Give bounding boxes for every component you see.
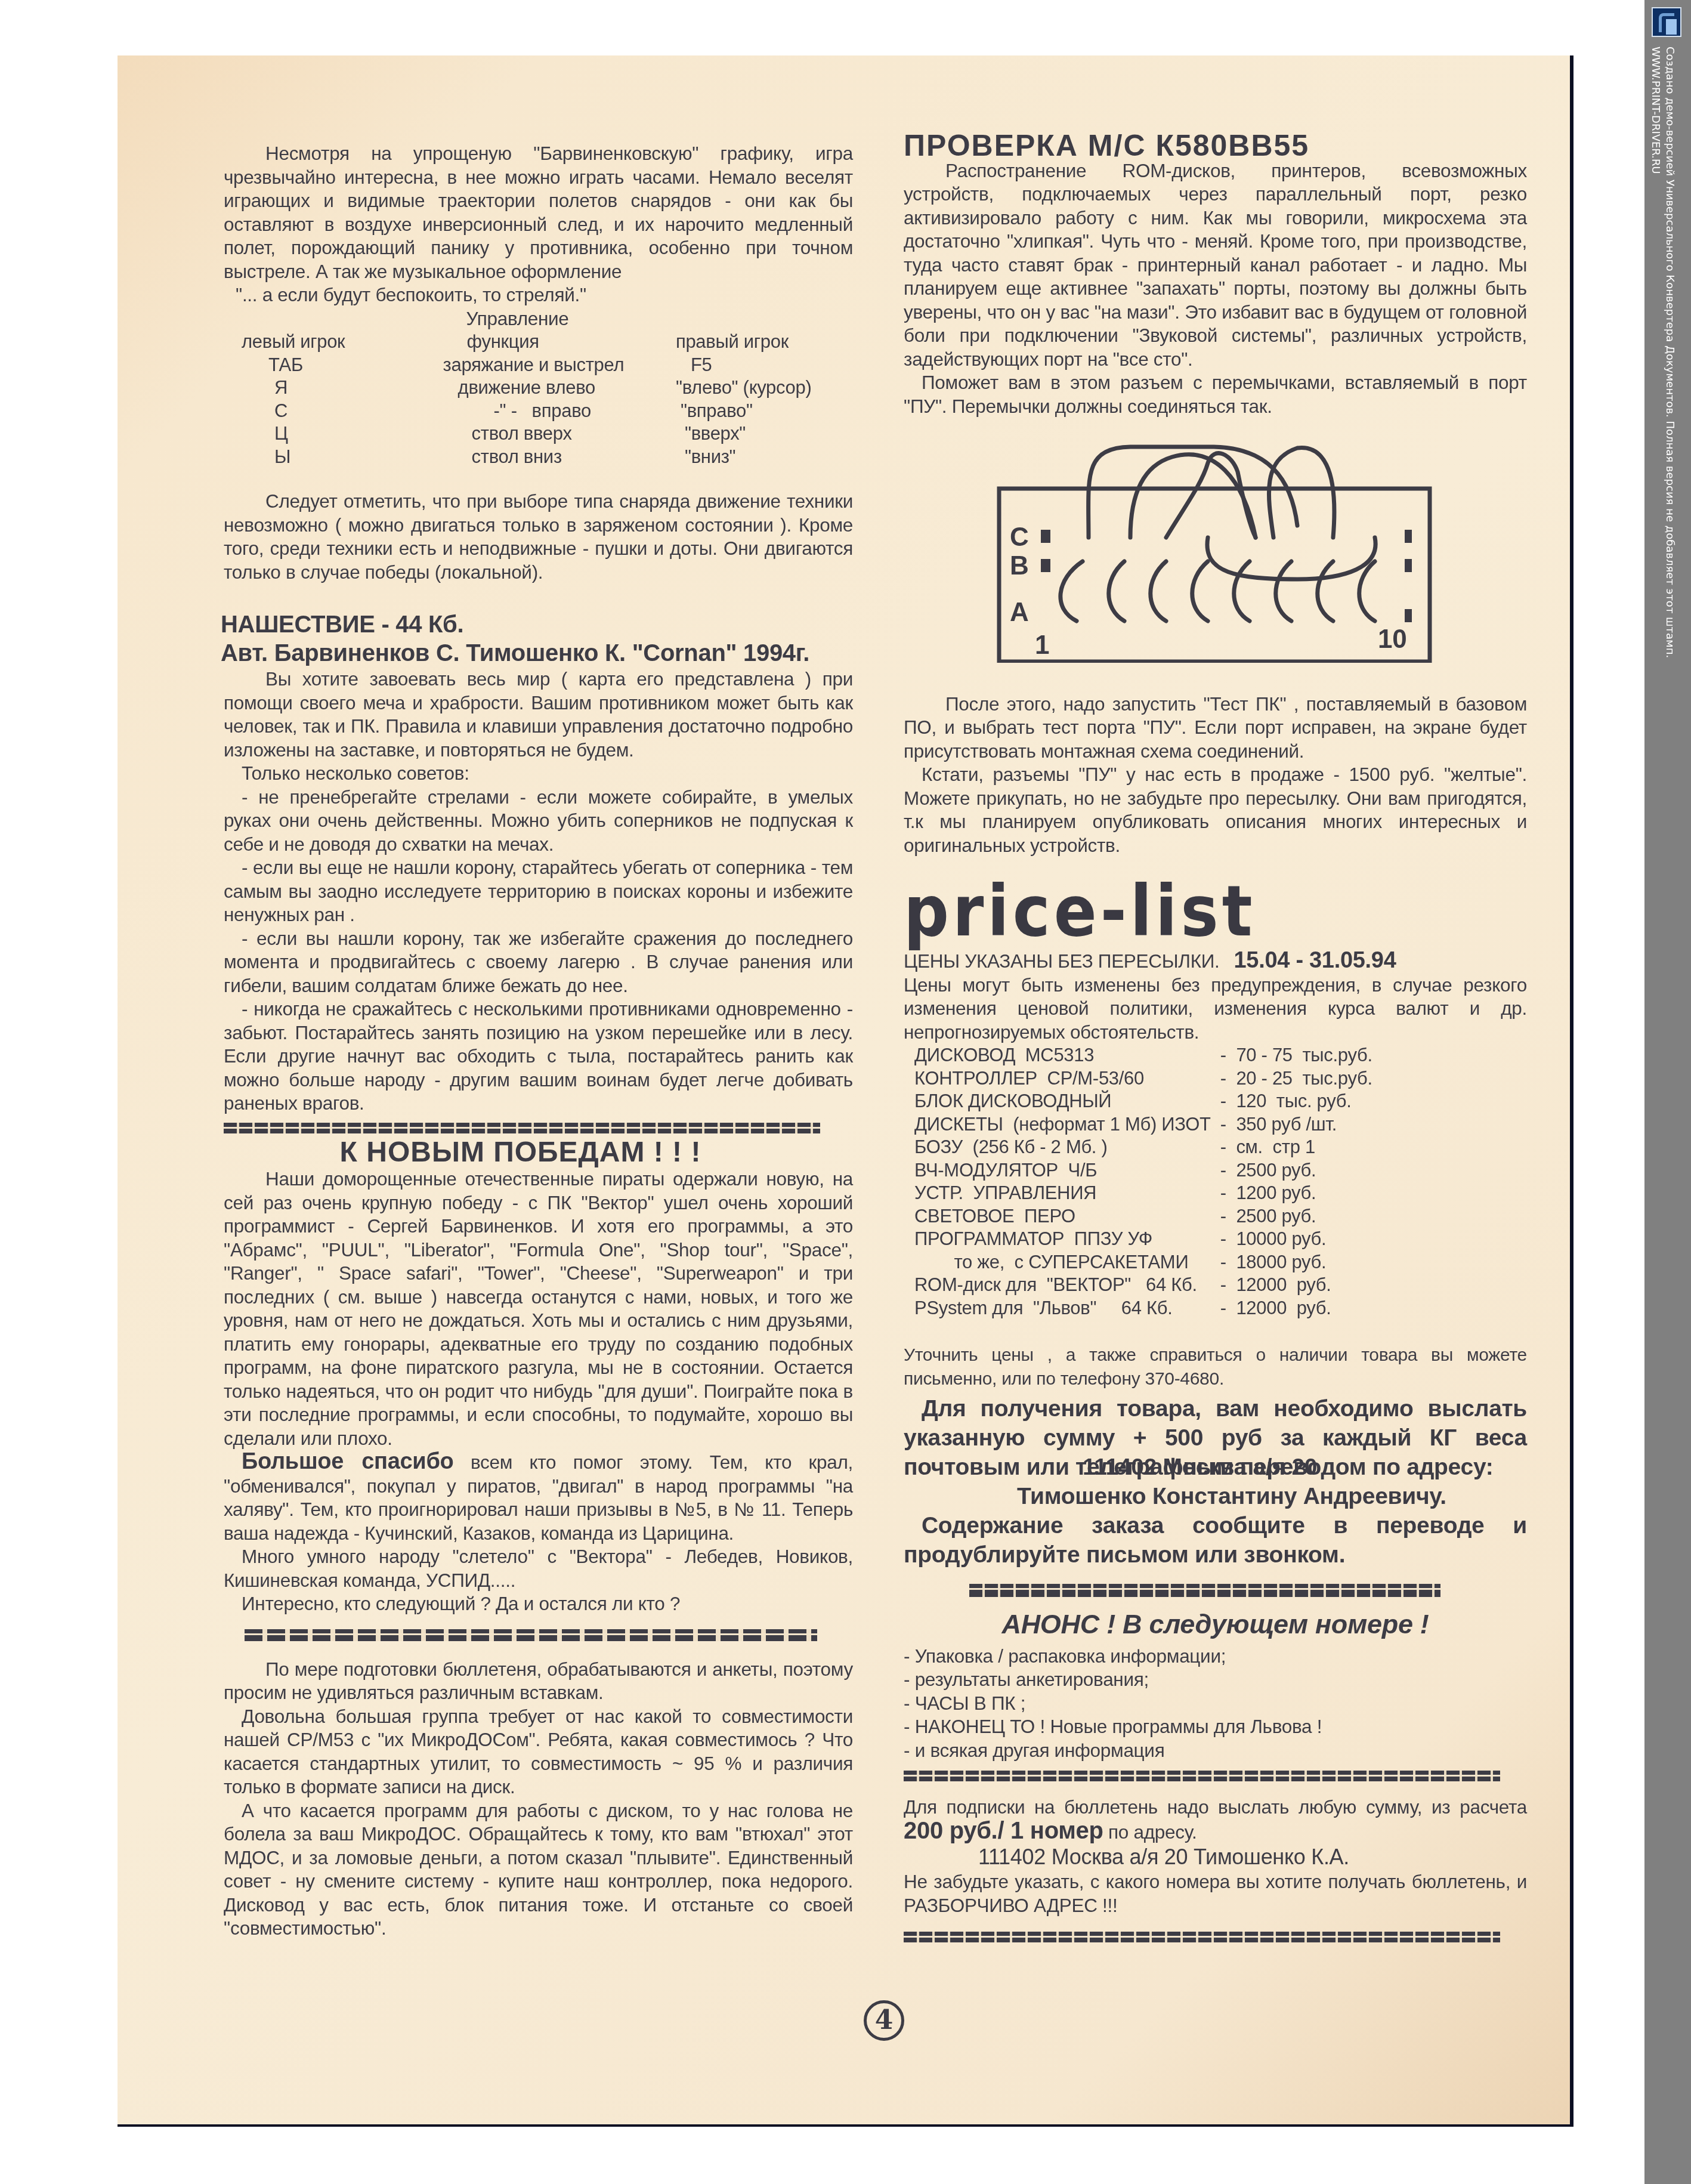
price-item-name: ПРОГРАММАТОР ППЗУ УФ (914, 1228, 1211, 1251)
price-item-name: КОНТРОЛЛЕР CP/M-53/60 (914, 1067, 1211, 1091)
anons-title: АНОНС ! В следующем номере ! (904, 1612, 1527, 1636)
tip-item: - не пренебрегайте стрелами - если может… (224, 786, 853, 857)
game-note: Следует отметить, что при выборе типа сн… (224, 490, 853, 584)
survey-note: По мере подготовки бюллетеня, обрабатыва… (224, 1658, 853, 1705)
subscribe-text-end: по адресу. (1103, 1821, 1197, 1843)
price-item-name: УСТР. УПРАВЛЕНИЯ (914, 1182, 1211, 1205)
subscribe-note: Не забудьте указать, с какого номера вы … (904, 1870, 1527, 1917)
price-row: ВЧ-МОДУЛЯТОР Ч/Б- 2500 руб. (914, 1159, 1372, 1182)
tip-item: - если вы еще не нашли корону, старайтес… (224, 856, 853, 927)
subscribe-rate: 200 руб./ 1 номер (904, 1818, 1103, 1844)
price-item-value: - 2500 руб. (1211, 1159, 1372, 1182)
row-label-c: C (1010, 523, 1028, 552)
question-paragraph: Интересно, кто следующий ? Да и остался … (224, 1592, 853, 1616)
key-left: ТАБ (242, 354, 443, 377)
price-item-value: - 350 руб /шт. (1211, 1113, 1372, 1136)
price-row: то же, с СУПЕРСАКЕТАМИ- 18000 руб. (914, 1251, 1372, 1274)
key-function: движение влево (443, 376, 676, 400)
price-item-value: - 10000 руб. (1211, 1228, 1372, 1251)
price-row: СВЕТОВОЕ ПЕРО- 2500 руб. (914, 1205, 1372, 1228)
price-table: ДИСКОВОД МС5313- 70 - 75 тыс.руб.КОНТРОЛ… (914, 1044, 1372, 1320)
controls-table: левый игрок функция правый игрок ТАБзаря… (242, 330, 871, 468)
price-item-name: БЛОК ДИСКОВОДНЫЙ (914, 1090, 1211, 1113)
pin-number-first: 1 (1035, 631, 1049, 660)
controls-row: Ядвижение влево"влево" (курсор) (242, 376, 871, 400)
section-divider (245, 1629, 817, 1641)
game2-authors: Авт. Барвиненков С. Тимошенко К. "Cornan… (221, 639, 853, 668)
game-intro: Несмотря на упрощеную "Барвиненковскую" … (224, 142, 853, 283)
price-item-value: - 1200 руб. (1211, 1182, 1372, 1205)
row-label-a: A (1010, 598, 1028, 627)
controls-row: Ыствол вниз"вниз" (242, 446, 871, 469)
check-paragraph-2: Поможет вам в этом разъем с перемычками,… (904, 371, 1527, 418)
jumper-diagram: C B A 1 10 (987, 442, 1440, 663)
check-paragraph-4: Кстати, разъемы "ПУ" у нас есть в продаж… (904, 763, 1527, 857)
pin-number-last: 10 (1378, 625, 1406, 654)
price-item-name: ROM-диск для "ВЕКТОР" 64 Кб. (914, 1274, 1211, 1297)
game2-title: НАШЕСТВИЕ - 44 Кб. (221, 610, 853, 639)
price-item-name: СВЕТОВОЕ ПЕРО (914, 1205, 1211, 1228)
price-item-name: PSystem для "Львов" 64 Кб. (914, 1297, 1211, 1320)
victory-title: К НОВЫМ ПОБЕДАМ ! ! ! (224, 1141, 817, 1164)
tip-item: - если вы нашли корону, так же избегайте… (224, 927, 853, 998)
check-paragraph-1: Распостранение ROM-дисков, принтеров, вс… (904, 159, 1527, 372)
victory-body: Наши доморощенные отечественные пираты о… (224, 1167, 853, 1450)
price-row: БОЗУ (256 Кб - 2 Мб. )- см. стр 1 (914, 1136, 1372, 1159)
key-left: Я (242, 376, 443, 400)
game-quote: "... а если будут беспокоить, то стреляй… (236, 283, 853, 307)
check-title: ПРОВЕРКА М/С К580ВВ55 (904, 134, 1527, 158)
key-right: "вправо" (676, 400, 871, 423)
section-divider (904, 1932, 1500, 1942)
watermark-url[interactable]: WWW.PRINT-DRIVER.RU (1648, 47, 1662, 658)
price-row: БЛОК ДИСКОВОДНЫЙ- 120 тыс. руб. (914, 1090, 1372, 1113)
controls-header-row: левый игрок функция правый игрок (242, 330, 871, 354)
print-driver-logo-icon (1652, 7, 1681, 37)
key-function: ствол вверх (443, 422, 676, 446)
controls-header: правый игрок (676, 330, 871, 354)
price-row: КОНТРОЛЛЕР CP/M-53/60- 20 - 25 тыс.руб. (914, 1067, 1372, 1091)
price-item-value: - 12000 руб. (1211, 1297, 1372, 1320)
price-disclaimer: Цены могут быть изменены без предупрежде… (904, 974, 1527, 1045)
people-paragraph: Много умного народу "слетело" с "Вектора… (224, 1545, 853, 1592)
anons-item: - Упаковка / распаковка информации; (904, 1645, 1527, 1669)
thanks-paragraph: Большое спасибо всем кто помог этому. Те… (224, 1450, 853, 1545)
check-paragraph-3: После этого, надо запустить "Тест ПК" , … (904, 693, 1527, 764)
subscribe-paragraph: Для подписки на бюллетень надо выслать л… (904, 1796, 1527, 1844)
subscribe-text: Для подписки на бюллетень надо выслать л… (904, 1796, 1527, 1818)
controls-header: левый игрок (242, 330, 443, 354)
order-block: Для получения товара, вам необходимо выс… (904, 1394, 1527, 1570)
price-list-logo: price-list (904, 875, 1527, 947)
left-column: Несмотря на упрощеную "Барвиненковскую" … (224, 142, 853, 1941)
key-left: Ц (242, 422, 443, 446)
price-row: PSystem для "Львов" 64 Кб.- 12000 руб. (914, 1297, 1372, 1320)
price-header: ЦЕНЫ УКАЗАНЫ БЕЗ ПЕРЕСЫЛКИ.15.04 - 31.05… (904, 949, 1527, 974)
anons-item: - результаты анкетирования; (904, 1668, 1527, 1692)
section-divider (224, 1123, 820, 1133)
tip-item: - никогда не сражайтесь с несколькими пр… (224, 997, 853, 1116)
thanks-bold: Большое спасибо (242, 1449, 454, 1474)
controls-header: функция (443, 330, 676, 354)
key-function: ствол вниз (443, 446, 676, 469)
row-label-b: B (1010, 551, 1028, 580)
price-item-value: - 2500 руб. (1211, 1205, 1372, 1228)
price-item-name: БОЗУ (256 Кб - 2 Мб. ) (914, 1136, 1211, 1159)
price-row: ДИСКОВОД МС5313- 70 - 75 тыс.руб. (914, 1044, 1372, 1067)
key-right: "влево" (курсор) (676, 376, 871, 400)
game2-desc: Вы хотите завоевать весь мир ( карта его… (224, 668, 853, 762)
price-item-name: ВЧ-МОДУЛЯТОР Ч/Б (914, 1159, 1211, 1182)
price-period: 15.04 - 31.05.94 (1234, 948, 1396, 973)
price-item-name: ДИСКЕТЫ (неформат 1 Мб) ИЗОТ (914, 1113, 1211, 1136)
watermark-text: Создано демо-версией Универсального Конв… (1648, 47, 1677, 658)
price-row: ДИСКЕТЫ (неформат 1 Мб) ИЗОТ- 350 руб /ш… (914, 1113, 1372, 1136)
order-recipient: Тимошенко Константину Андреевичу. (1017, 1482, 1527, 1511)
price-contact: Уточнить цены , а также справиться о нал… (904, 1343, 1527, 1391)
section-divider (969, 1584, 1440, 1597)
anons-item: - и всякая другая информация (904, 1739, 1527, 1763)
price-item-value: - 20 - 25 тыс.руб. (1211, 1067, 1372, 1091)
key-left: Ы (242, 446, 443, 469)
subscribe-address: 111402 Москва а/я 20 Тимошенко К.А. (978, 1844, 1527, 1870)
price-row: ROM-диск для "ВЕКТОР" 64 Кб.- 12000 руб. (914, 1274, 1372, 1297)
key-function: -" - вправо (443, 400, 676, 423)
controls-row: С-" - вправо"вправо" (242, 400, 871, 423)
page-number: 4 (864, 2000, 904, 2041)
section-divider (904, 1771, 1500, 1781)
anons-list: - Упаковка / распаковка информации;- рез… (904, 1645, 1527, 1763)
price-item-value: - 18000 руб. (1211, 1251, 1372, 1274)
controls-row: ТАБзаряжание и выстрелF5 (242, 354, 871, 377)
controls-row: Цствол вверх"вверх" (242, 422, 871, 446)
key-left: С (242, 400, 443, 423)
order-note: Содержание заказа сообщите в переводе и … (904, 1511, 1527, 1570)
price-item-name: ДИСКОВОД МС5313 (914, 1044, 1211, 1067)
watermark-line-1: Создано демо-версией Универсального Конв… (1662, 47, 1677, 658)
price-row: ПРОГРАММАТОР ППЗУ УФ- 10000 руб. (914, 1228, 1372, 1251)
compat-paragraph-1: Довольна большая группа требует от нас к… (224, 1705, 853, 1799)
key-right: "вверх" (676, 422, 871, 446)
tips-intro: Только несколько советов: (224, 762, 853, 786)
right-column: ПРОВЕРКА М/С К580ВВ55 Распостранение ROM… (904, 134, 1527, 1942)
compat-paragraph-2: А что касается программ для работы с дис… (224, 1799, 853, 1941)
watermark-strip: Создано демо-версией Универсального Конв… (1644, 0, 1691, 2184)
anons-item: - НАКОНЕЦ ТО ! Новые программы для Львов… (904, 1715, 1527, 1739)
price-item-value: - 12000 руб. (1211, 1274, 1372, 1297)
no-shipping-note: ЦЕНЫ УКАЗАНЫ БЕЗ ПЕРЕСЫЛКИ. (904, 950, 1220, 972)
price-item-name: то же, с СУПЕРСАКЕТАМИ (914, 1251, 1211, 1274)
anons-item: - ЧАСЫ В ПК ; (904, 1692, 1527, 1716)
key-function: заряжание и выстрел (443, 354, 676, 377)
controls-caption: Управление (182, 307, 853, 331)
price-item-value: - 70 - 75 тыс.руб. (1211, 1044, 1372, 1067)
price-row: УСТР. УПРАВЛЕНИЯ- 1200 руб. (914, 1182, 1372, 1205)
key-right: F5 (676, 354, 871, 377)
price-item-value: - 120 тыс. руб. (1211, 1090, 1372, 1113)
price-item-value: - см. стр 1 (1211, 1136, 1372, 1159)
key-right: "вниз" (676, 446, 871, 469)
